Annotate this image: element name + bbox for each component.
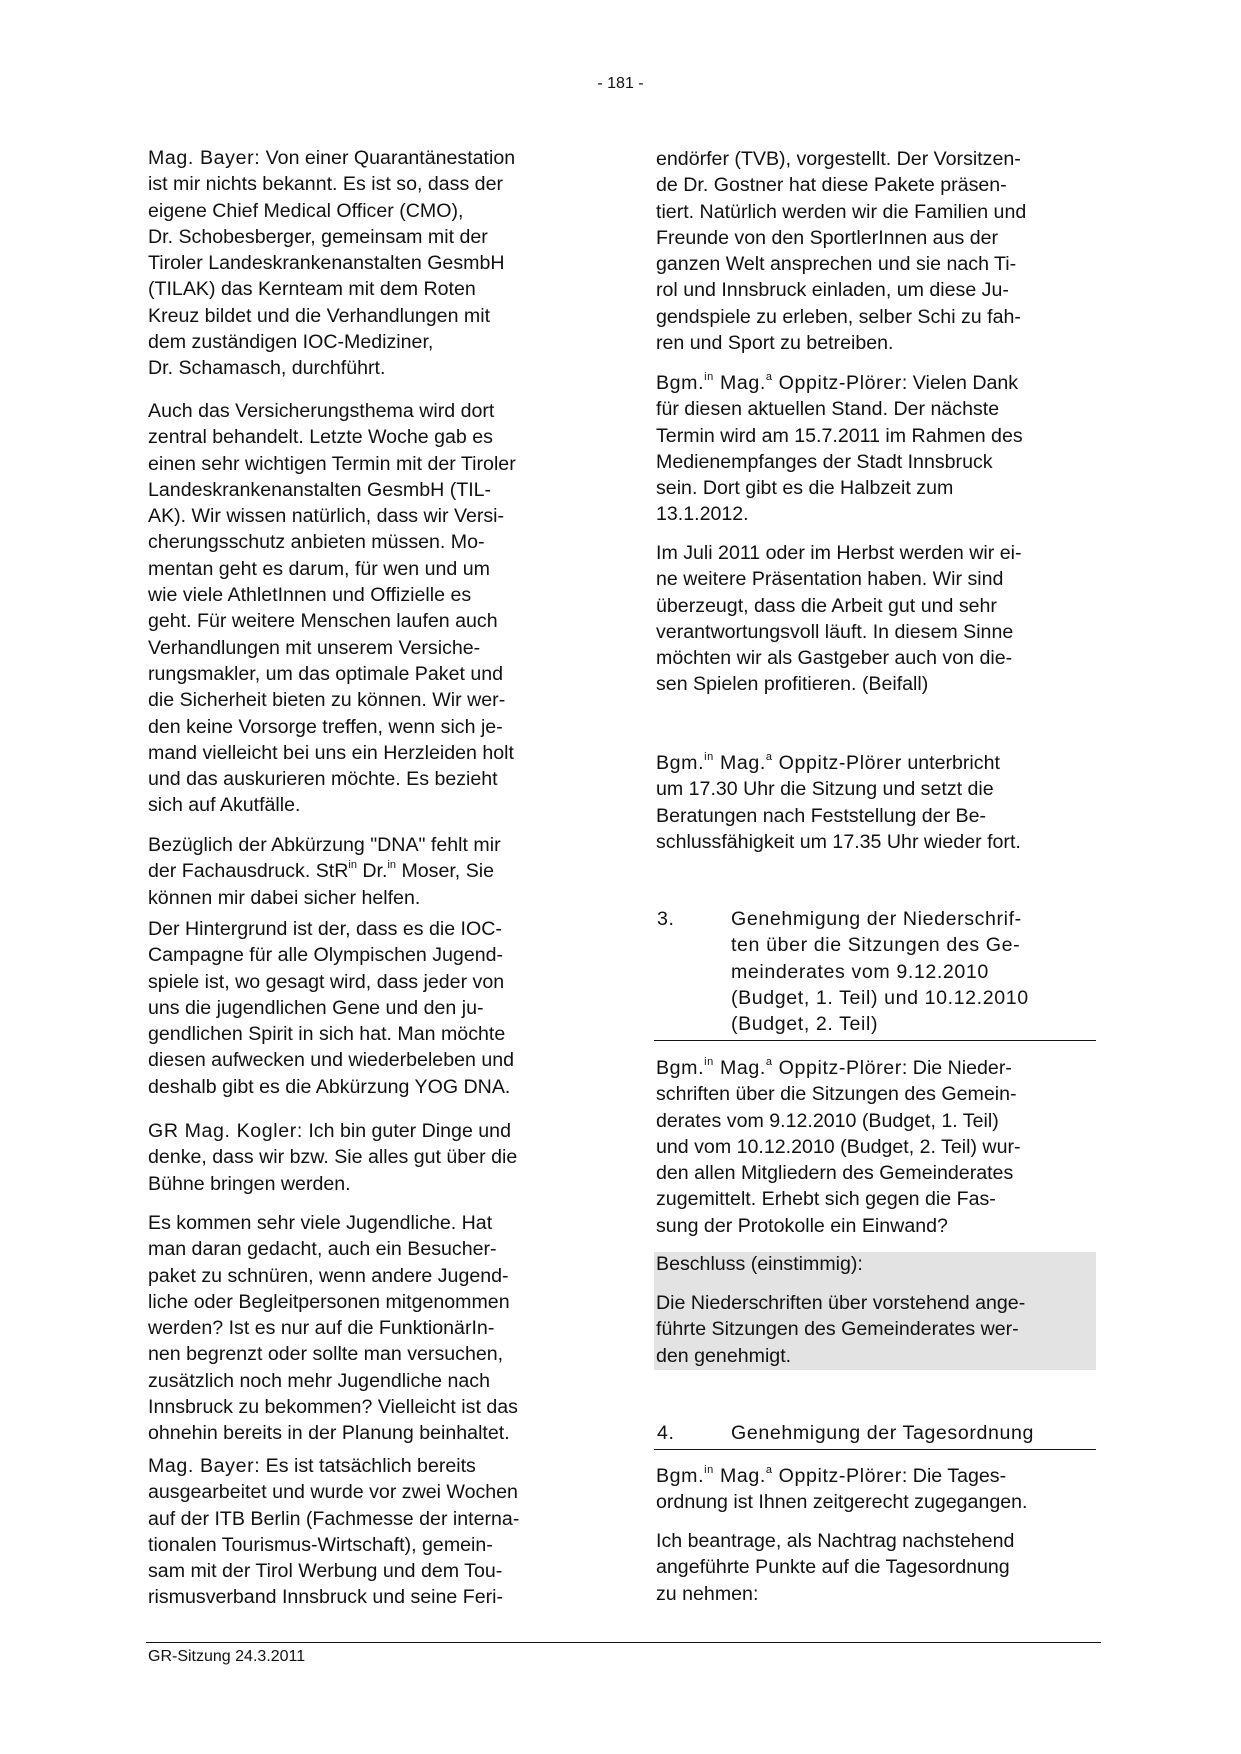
- paragraph-youth-visitors: Es kommen sehr viele Jugendliche. Hat ma…: [148, 1210, 518, 1447]
- text-fragment: Ich bin guter Dinge und: [303, 1120, 511, 1142]
- paragraph-bayer-itb: Mag. Bayer: Es ist tatsächlich bereits a…: [148, 1453, 519, 1611]
- agenda-item-number: 4.: [657, 1420, 675, 1446]
- speaker-name: Bgm.in Mag.a Oppitz-Plörer: [656, 1465, 902, 1487]
- text-fragment: Von einer Quarantänestation: [260, 147, 515, 169]
- speaker-name: GR Mag. Kogler:: [148, 1120, 303, 1142]
- text-line: Medienempfanges der Stadt Innsbruck: [656, 449, 1023, 475]
- text-line: sein. Dort gibt es die Halbzeit zum: [656, 475, 1023, 501]
- text-line: endörfer (TVB), vorgestellt. Der Vorsitz…: [656, 146, 1026, 172]
- text-line: ne weitere Präsentation haben. Wir sind: [656, 566, 1022, 592]
- text-line: 13.1.2012.: [656, 501, 1023, 527]
- paragraph-background: Der Hintergrund ist der, dass es die IOC…: [148, 916, 514, 1100]
- text-line: Kreuz bildet und die Verhandlungen mit: [148, 303, 515, 329]
- footer-divider: [146, 1642, 1101, 1643]
- text-line: rol und Innsbruck einladen, um diese Ju-: [656, 277, 1026, 303]
- text-line: zugemittelt. Erhebt sich gegen die Fas-: [656, 1186, 1021, 1212]
- text-line: Beschluss (einstimmig):: [656, 1251, 863, 1277]
- text-line: Bezüglich der Abkürzung "DNA" fehlt mir: [148, 832, 501, 858]
- text-line: Tiroler Landeskrankenanstalten GesmbH: [148, 250, 515, 276]
- text-line: und vom 10.12.2010 (Budget, 2. Teil) wur…: [656, 1134, 1021, 1160]
- text-line: ren und Sport zu betreiben.: [656, 330, 1026, 356]
- text-line: sich auf Akutfälle.: [148, 792, 516, 818]
- agenda-item-number: 3.: [657, 906, 675, 932]
- text-line: um 17.30 Uhr die Sitzung und setzt die: [656, 776, 1021, 802]
- text-line: und das auskurieren möchte. Es bezieht: [148, 766, 516, 792]
- speaker-name: Mag. Bayer:: [148, 147, 260, 169]
- text-line: liche oder Begleitpersonen mitgenommen: [148, 1289, 518, 1315]
- text-line: verantwortungsvoll läuft. In diesem Sinn…: [656, 619, 1022, 645]
- text-line: ganzen Welt ansprechen und sie nach Ti-: [656, 251, 1026, 277]
- text-line: man daran gedacht, auch ein Besucher-: [148, 1236, 518, 1262]
- superscript: in: [348, 859, 357, 871]
- text-line: können mir dabei sicher helfen.: [148, 885, 501, 911]
- text-line: sam mit der Tirol Werbung und dem Tou-: [148, 1558, 519, 1584]
- superscript: in: [387, 859, 396, 871]
- text-line: rismusverband Innsbruck und seine Feri-: [148, 1584, 519, 1610]
- text-line: den genehmigt.: [656, 1343, 1025, 1369]
- text-line: paket zu schnüren, wenn andere Jugend-: [148, 1263, 518, 1289]
- text-line: deshalb gibt es die Abkürzung YOG DNA.: [148, 1074, 514, 1100]
- text-line: sung der Protokolle ein Einwand?: [656, 1213, 1021, 1239]
- text-fragment: der Fachausdruck. StR: [148, 860, 348, 882]
- text-line: geht. Für weitere Menschen laufen auch: [148, 608, 516, 634]
- text-line: derates vom 9.12.2010 (Budget, 1. Teil): [656, 1108, 1021, 1134]
- text-line: Landeskrankenanstalten GesmbH (TIL-: [148, 477, 516, 503]
- paragraph-kogler: GR Mag. Kogler: Ich bin guter Dinge und …: [148, 1118, 517, 1197]
- text-line: tiert. Natürlich werden wir die Familien…: [656, 199, 1026, 225]
- text-line: führte Sitzungen des Gemeinderates wer-: [656, 1316, 1025, 1342]
- text-line: Campagne für alle Olympischen Jugend-: [148, 942, 514, 968]
- text-line: gendlichen Spirit in sich hat. Man möcht…: [148, 1021, 514, 1047]
- text-line: Der Hintergrund ist der, dass es die IOC…: [148, 916, 514, 942]
- text-line: Im Juli 2011 oder im Herbst werden wir e…: [656, 540, 1022, 566]
- text-line: Termin wird am 15.7.2011 im Rahmen des: [656, 423, 1023, 449]
- text-line: Die Niederschriften über vorstehend ange…: [656, 1290, 1025, 1316]
- text-line: Bgm.in Mag.a Oppitz-Plörer: Vielen Dank: [656, 370, 1023, 396]
- text-line: AK). Wir wissen natürlich, dass wir Vers…: [148, 503, 516, 529]
- text-line: der Fachausdruck. StRin Dr.in Moser, Sie: [148, 858, 501, 884]
- text-line: ausgearbeitet und wurde vor zwei Wochen: [148, 1479, 519, 1505]
- text-line: Dr. Schobesberger, gemeinsam mit der: [148, 224, 515, 250]
- text-line: für diesen aktuellen Stand. Der nächste: [656, 396, 1023, 422]
- text-line: zusätzlich noch mehr Jugendliche nach: [148, 1368, 518, 1394]
- text-fragment: Dr.: [357, 860, 387, 882]
- text-line: auf der ITB Berlin (Fachmesse der intern…: [148, 1506, 519, 1532]
- text-line: gendspiele zu erleben, selber Schi zu fa…: [656, 304, 1026, 330]
- text-line: überzeugt, dass die Arbeit gut und sehr: [656, 593, 1022, 619]
- text-fragment: : Die Tages-: [902, 1465, 1006, 1487]
- text-line: cherungsschutz anbieten müssen. Mo-: [148, 529, 516, 555]
- text-line: Mag. Bayer: Es ist tatsächlich bereits: [148, 1453, 519, 1479]
- paragraph-dna-question: Bezüglich der Abkürzung "DNA" fehlt mir …: [148, 832, 501, 911]
- paragraph-addendum-request: Ich beantrage, als Nachtrag nachstehend …: [656, 1528, 1014, 1607]
- text-line: Auch das Versicherungsthema wird dort: [148, 398, 516, 424]
- text-line: Freunde von den SportlerInnen aus der: [656, 225, 1026, 251]
- text-line: tionalen Tourismus-Wirtschaft), gemein-: [148, 1532, 519, 1558]
- heading-line: meinderates vom 9.12.2010: [731, 959, 1096, 985]
- text-line: diesen aufwecken und wiederbeleben und: [148, 1047, 514, 1073]
- text-line: mand vielleicht bei uns ein Herzleiden h…: [148, 740, 516, 766]
- paragraph-mayor-thanks: Bgm.in Mag.a Oppitz-Plörer: Vielen Dank …: [656, 370, 1023, 528]
- paragraph-insurance: Auch das Versicherungsthema wird dort ze…: [148, 398, 516, 819]
- paragraph-agenda-received: Bgm.in Mag.a Oppitz-Plörer: Die Tages- o…: [656, 1463, 1027, 1516]
- text-line: Bühne bringen werden.: [148, 1171, 517, 1197]
- heading-line: ten über die Sitzungen des Ge-: [731, 932, 1096, 958]
- text-line: dem zuständigen IOC-Mediziner,: [148, 329, 515, 355]
- text-line: sen Spielen profitieren. (Beifall): [656, 671, 1022, 697]
- text-line: ist mir nichts bekannt. Es ist so, dass …: [148, 171, 515, 197]
- text-line: ordnung ist Ihnen zeitgerecht zugegangen…: [656, 1489, 1027, 1515]
- text-line: schlussfähigkeit um 17.35 Uhr wieder for…: [656, 829, 1021, 855]
- text-line: eigene Chief Medical Officer (CMO),: [148, 198, 515, 224]
- heading-line: (Budget, 1. Teil) und 10.12.2010: [731, 985, 1096, 1011]
- text-line: Dr. Schamasch, durchführt.: [148, 355, 515, 381]
- text-line: Mag. Bayer: Von einer Quarantänestation: [148, 145, 515, 171]
- heading-line: Genehmigung der Niederschrif-: [731, 906, 1096, 932]
- text-line: spiele ist, wo gesagt wird, dass jeder v…: [148, 969, 514, 995]
- paragraph-minutes-distributed: Bgm.in Mag.a Oppitz-Plörer: Die Nieder- …: [656, 1055, 1021, 1239]
- paragraph-tvb-continuation: endörfer (TVB), vorgestellt. Der Vorsitz…: [656, 146, 1026, 356]
- text-line: Ich beantrage, als Nachtrag nachstehend: [656, 1528, 1014, 1554]
- speaker-name: Bgm.in Mag.a Oppitz-Plörer: [656, 1057, 902, 1079]
- text-line: die Sicherheit bieten zu können. Wir wer…: [148, 687, 516, 713]
- text-line: schriften über die Sitzungen des Gemein-: [656, 1081, 1021, 1107]
- text-line: einen sehr wichtigen Termin mit der Tiro…: [148, 451, 516, 477]
- heading-line: Genehmigung der Tagesordnung: [731, 1420, 1096, 1446]
- speaker-name: Bgm.in Mag.a Oppitz-Plörer: [656, 372, 902, 394]
- agenda-item-3-heading: 3. Genehmigung der Niederschrif- ten übe…: [654, 906, 1096, 1041]
- text-line: de Dr. Gostner hat diese Pakete präsen-: [656, 172, 1026, 198]
- text-line: denke, dass wir bzw. Sie alles gut über …: [148, 1144, 517, 1170]
- text-line: nen begrenzt oder sollte man versuchen,: [148, 1341, 518, 1367]
- text-line: den allen Mitgliedern des Gemeinderates: [656, 1160, 1021, 1186]
- page-number: - 181 -: [0, 74, 1241, 94]
- text-line: den keine Vorsorge treffen, wenn sich je…: [148, 714, 516, 740]
- text-line: Bgm.in Mag.a Oppitz-Plörer: Die Tages-: [656, 1463, 1027, 1489]
- text-fragment: Es ist tatsächlich bereits: [260, 1455, 476, 1477]
- text-line: uns die jugendlichen Gene und den ju-: [148, 995, 514, 1021]
- decision-title: Beschluss (einstimmig):: [656, 1251, 863, 1277]
- speaker-name: Bgm.in Mag.a Oppitz-Plörer: [656, 752, 902, 774]
- text-line: Beratungen nach Feststellung der Be-: [656, 803, 1021, 829]
- heading-line: (Budget, 2. Teil): [731, 1011, 1096, 1037]
- text-line: zentral behandelt. Letzte Woche gab es: [148, 424, 516, 450]
- text-line: GR Mag. Kogler: Ich bin guter Dinge und: [148, 1118, 517, 1144]
- text-line: mentan geht es darum, für wen und um: [148, 556, 516, 582]
- decision-text: Die Niederschriften über vorstehend ange…: [656, 1290, 1025, 1369]
- paragraph-next-presentation: Im Juli 2011 oder im Herbst werden wir e…: [656, 540, 1022, 698]
- text-line: Bgm.in Mag.a Oppitz-Plörer: Die Nieder-: [656, 1055, 1021, 1081]
- text-fragment: Moser, Sie: [396, 860, 494, 882]
- text-line: zu nehmen:: [656, 1581, 1014, 1607]
- text-line: Bgm.in Mag.a Oppitz-Plörer unterbricht: [656, 750, 1021, 776]
- speaker-name: Mag. Bayer:: [148, 1455, 260, 1477]
- text-line: rungsmakler, um das optimale Paket und: [148, 661, 516, 687]
- text-line: ohnehin bereits in der Planung beinhalte…: [148, 1420, 518, 1446]
- text-line: Innsbruck zu bekommen? Vielleicht ist da…: [148, 1394, 518, 1420]
- text-fragment: unterbricht: [902, 752, 1000, 774]
- paragraph-session-break: Bgm.in Mag.a Oppitz-Plörer unterbricht u…: [656, 750, 1021, 855]
- paragraph-bayer-quarantine: Mag. Bayer: Von einer Quarantänestation …: [148, 145, 515, 382]
- text-line: Es kommen sehr viele Jugendliche. Hat: [148, 1210, 518, 1236]
- text-line: Verhandlungen mit unserem Versiche-: [148, 635, 516, 661]
- text-line: angeführte Punkte auf die Tagesordnung: [656, 1554, 1014, 1580]
- footer-text: GR-Sitzung 24.3.2011: [148, 1647, 305, 1667]
- text-fragment: : Die Nieder-: [902, 1057, 1012, 1079]
- text-line: werden? Ist es nur auf die FunktionärIn-: [148, 1315, 518, 1341]
- text-line: (TILAK) das Kernteam mit dem Roten: [148, 276, 515, 302]
- text-line: wie viele AthletInnen und Offizielle es: [148, 582, 516, 608]
- text-fragment: : Vielen Dank: [902, 372, 1018, 394]
- agenda-item-4-heading: 4. Genehmigung der Tagesordnung: [654, 1420, 1096, 1450]
- text-line: möchten wir als Gastgeber auch von die-: [656, 645, 1022, 671]
